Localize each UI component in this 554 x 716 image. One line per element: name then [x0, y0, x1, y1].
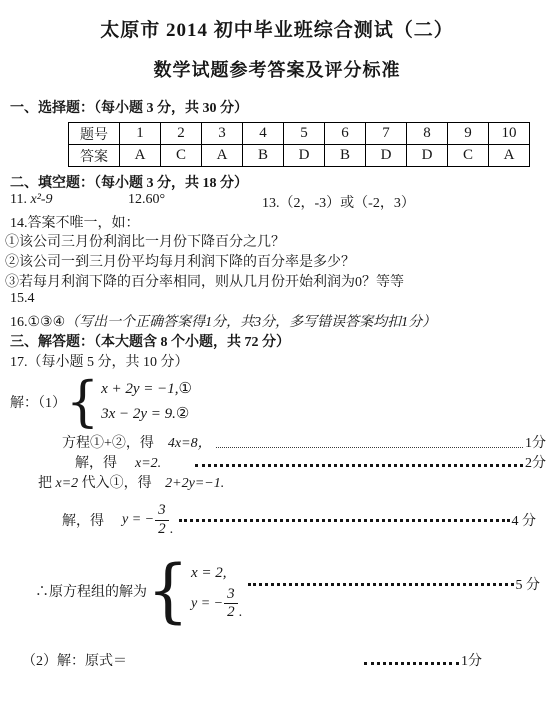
conclusion-text: ∴原方程组的解为 [35, 581, 147, 601]
table-row-numbers: 题号 1 2 3 4 5 6 7 8 9 10 [69, 123, 530, 145]
conclusion-tail: . [239, 605, 243, 621]
conclusion-score: 5 分 [516, 574, 541, 594]
table-cell: 1 [120, 123, 161, 145]
table-cell: 9 [448, 123, 489, 145]
step4-lhs: y = − [122, 512, 154, 528]
dotted-leader [216, 447, 523, 448]
table-cell: 7 [366, 123, 407, 145]
dotted-leader-heavy [195, 464, 523, 467]
step1-expression: 4x=8， [168, 432, 212, 452]
fill-answers-line: 11. x²-9 12.60° 13.（2，-3）或（-2，3） [10, 192, 544, 208]
table-cell: C [161, 145, 202, 167]
equation-1-tag: ① [179, 381, 192, 397]
step1-text: 方程①+②，得 [62, 432, 154, 452]
conclusion-equation-2: y = − 3 2 . [191, 586, 242, 622]
step4-text: 解，得 [62, 510, 104, 530]
equation-2-tag: ② [176, 406, 189, 422]
conclusion-lhs: y = − [191, 596, 223, 612]
q16-answer-line: 16.①③④（写出一个正确答案得1分，共3分，多写错误答案均扣1分） [10, 311, 436, 331]
q16-answer: 16.①③④ [10, 315, 65, 330]
table-cell: A [489, 145, 530, 167]
step4-score: 4 分 [512, 510, 537, 530]
left-brace: { [147, 556, 189, 625]
dotted-leader-heavy [179, 519, 509, 522]
step2-expression: x=2. [135, 456, 161, 472]
conclusion-equation-column: x = 2, y = − 3 2 . [191, 561, 242, 622]
q17-part2-line: （2）解：原式＝ 1分 [22, 650, 482, 670]
step3-variable: x=2 [56, 476, 79, 491]
answer-table: 题号 1 2 3 4 5 6 7 8 9 10 答案 A C A B D B D… [68, 122, 530, 167]
q11-value: x²-9 [30, 192, 52, 207]
fraction: 3 2 [155, 502, 169, 538]
equation-2: 3x − 2y = 9.② [101, 402, 192, 427]
equation-1-expr: x + 2y = −1, [101, 381, 178, 397]
q11-label: 11. [10, 192, 27, 207]
q14-option-3: ③若每月利润下降的百分率相同，则从几月份开始利润为0？等等 [5, 271, 404, 291]
solution-step-3: 把 x=2 代入①，得 2+2y=−1. [38, 472, 224, 492]
table-header-question: 题号 [69, 123, 120, 145]
step3-expression: 2+2y=−1. [165, 476, 224, 491]
solve-label: 解：（1） [10, 392, 66, 412]
solution-step-2: 解，得 x=2. 2分 [75, 452, 546, 472]
table-row-answers: 答案 A C A B D B D D C A [69, 145, 530, 167]
q15-answer: 15.4 [10, 291, 35, 307]
solution-step-4: 解，得 y = − 3 2 . 4 分 [62, 498, 536, 542]
equation-column: x + 2y = −1,① 3x − 2y = 9.② [101, 377, 192, 427]
table-cell: 6 [325, 123, 366, 145]
table-cell: 8 [407, 123, 448, 145]
step3-mid: 代入①，得 [82, 476, 152, 491]
q17-part1-system: 解：（1） { x + 2y = −1,① 3x − 2y = 9.② [10, 374, 192, 430]
document-title: 太原市 2014 初中毕业班综合测试（二） [0, 15, 554, 42]
q17-heading: 17.（每小题 5 分，共 10 分） [10, 351, 189, 371]
fraction: 3 2 [224, 586, 238, 622]
table-cell: B [325, 145, 366, 167]
fraction-denominator: 2 [224, 604, 238, 621]
q11-answer: 11. x²-9 [10, 192, 53, 207]
dotted-leader-heavy [248, 583, 513, 586]
step4-tail: . [170, 522, 174, 538]
equation-1: x + 2y = −1,① [101, 377, 192, 402]
q16-note: （写出一个正确答案得1分，共3分，多写错误答案均扣1分） [65, 315, 436, 330]
dotted-leader-heavy [364, 662, 459, 665]
q12-answer: 12.60° [128, 192, 165, 208]
table-cell: C [448, 145, 489, 167]
table-header-answer: 答案 [69, 145, 120, 167]
table-cell: D [284, 145, 325, 167]
table-cell: A [120, 145, 161, 167]
fill-section-heading: 二、填空题：（每小题 3 分，共 18 分） [10, 172, 248, 192]
q13-answer: 13.（2，-3）或（-2，3） [262, 192, 415, 212]
equation-2-expr: 3x − 2y = 9. [101, 406, 176, 422]
table-cell: D [366, 145, 407, 167]
q14-option-2: ②该公司一到三月份平均每月利润下降的百分率是多少？ [5, 251, 355, 271]
left-brace: { [66, 375, 99, 430]
table-cell: 2 [161, 123, 202, 145]
table-cell: D [407, 145, 448, 167]
table-cell: 10 [489, 123, 530, 145]
choice-section-heading: 一、选择题：（每小题 3 分，共 30 分） [10, 97, 248, 117]
step2-score: 2分 [525, 452, 546, 472]
table-cell: 3 [202, 123, 243, 145]
table-cell: B [243, 145, 284, 167]
table-cell: 4 [243, 123, 284, 145]
answer-key-document: 太原市 2014 初中毕业班综合测试（二） 数学试题参考答案及评分标准 一、选择… [0, 0, 554, 716]
step3-pre: 把 [38, 476, 52, 491]
solution-conclusion: ∴原方程组的解为 { x = 2, y = − 3 2 . 5 分 [35, 554, 540, 628]
step4-equation: y = − 3 2 . [122, 502, 173, 538]
fraction-numerator: 3 [155, 502, 169, 520]
q14-intro: 14.答案不唯一，如： [10, 212, 140, 232]
document-subtitle: 数学试题参考答案及评分标准 [0, 56, 554, 82]
conclusion-equation-1: x = 2, [191, 561, 242, 586]
part2-label: （2）解：原式＝ [22, 650, 127, 670]
table-cell: A [202, 145, 243, 167]
solution-step-1: 方程①+②，得 4x=8， 1分 [62, 432, 546, 452]
solution-section-heading: 三、解答题：（本大题含 8 个小题，共 72 分） [10, 331, 290, 351]
step2-text: 解，得 [75, 452, 117, 472]
q14-option-1: ①该公司三月份利润比一月份下降百分之几？ [5, 231, 285, 251]
part2-score: 1分 [461, 650, 482, 670]
fraction-numerator: 3 [224, 586, 238, 604]
table-cell: 5 [284, 123, 325, 145]
step1-score: 1分 [525, 432, 546, 452]
fraction-denominator: 2 [155, 521, 169, 538]
